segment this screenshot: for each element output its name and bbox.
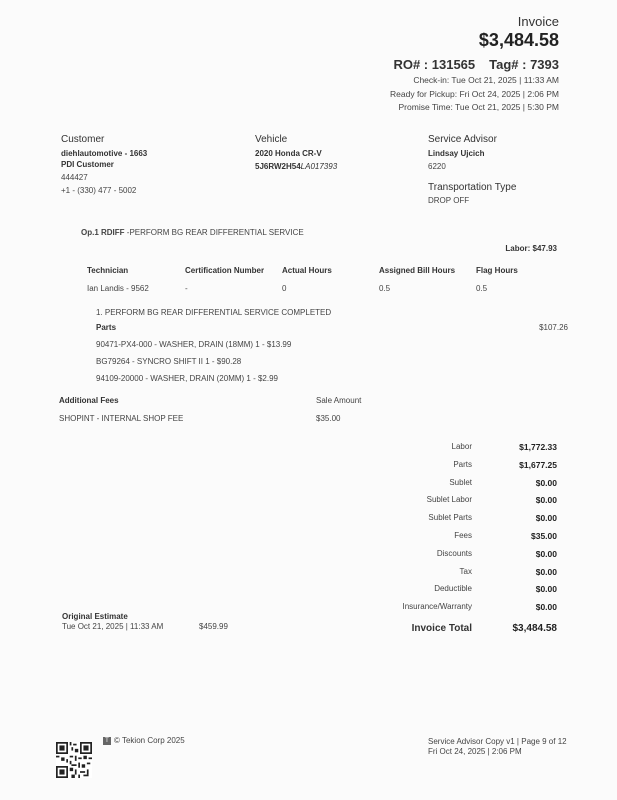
total-value: $0.00: [477, 513, 557, 523]
cell-flag-hours: 0.5: [476, 284, 487, 293]
vehicle-title: Vehicle: [255, 134, 287, 145]
total-value: $35.00: [477, 531, 557, 541]
col-certification: Certification Number: [185, 266, 264, 275]
promise-time: Promise Time: Tue Oct 21, 2025 | 5:30 PM: [399, 102, 559, 112]
col-actual-hours: Actual Hours: [282, 266, 332, 275]
total-label: Sublet Labor: [352, 495, 472, 504]
fees-amount-header: Sale Amount: [316, 396, 361, 405]
part-item: BG79264 - SYNCRO SHIFT II 1 - $90.28: [96, 357, 241, 366]
total-label: Labor: [352, 442, 472, 451]
invoice-amount: $3,484.58: [479, 30, 559, 51]
ready-for-pickup: Ready for Pickup: Fri Oct 24, 2025 | 2:0…: [390, 89, 559, 99]
advisor-title: Service Advisor: [428, 134, 497, 145]
col-technician: Technician: [87, 266, 128, 275]
part-item: 94109-20000 - WASHER, DRAIN (20MM) 1 - $…: [96, 374, 278, 383]
total-value: $1,677.25: [477, 460, 557, 470]
part-item: 90471-PX4-000 - WASHER, DRAIN (18MM) 1 -…: [96, 340, 291, 349]
ro-number: RO# : 131565: [393, 57, 475, 72]
original-estimate-title: Original Estimate: [62, 612, 128, 621]
total-label: Tax: [352, 567, 472, 576]
parts-total: $107.26: [539, 323, 568, 332]
vehicle-vin: 5J6RW2H54LA017393: [255, 162, 337, 171]
transportation-value: DROP OFF: [428, 196, 469, 205]
vin-prefix: 5J6RW2H54: [255, 162, 301, 171]
total-value: $0.00: [477, 549, 557, 559]
fee-amount: $35.00: [316, 414, 340, 423]
fees-title: Additional Fees: [59, 396, 119, 405]
total-value: $1,772.33: [477, 442, 557, 452]
total-label: Parts: [352, 460, 472, 469]
operation-story: 1. PERFORM BG REAR DIFFERENTIAL SERVICE …: [96, 308, 331, 317]
total-value: $0.00: [477, 584, 557, 594]
total-value: $0.00: [477, 602, 557, 612]
total-value: $0.00: [477, 495, 557, 505]
cell-technician: Ian Landis - 9562: [87, 284, 149, 293]
check-in: Check-in: Tue Oct 21, 2025 | 11:33 AM: [413, 75, 559, 85]
invoice-label: Invoice: [518, 14, 559, 29]
advisor-id: 6220: [428, 162, 446, 171]
total-label: Insurance/Warranty: [352, 602, 472, 611]
transportation-title: Transportation Type: [428, 182, 516, 193]
col-assigned-bill-hours: Assigned Bill Hours: [379, 266, 455, 275]
qr-code-icon: [56, 742, 92, 778]
customer-name: diehlautomotive - 1663: [61, 149, 147, 158]
footer-copy-info: Service Advisor Copy v1 | Page 9 of 12: [428, 737, 567, 746]
vehicle-model: 2020 Honda CR-V: [255, 149, 322, 158]
invoice-total-value: $3,484.58: [477, 623, 557, 634]
ro-tag-line: RO# : 131565Tag# : 7393: [393, 57, 559, 72]
cell-assigned-bill-hours: 0.5: [379, 284, 390, 293]
original-estimate-amount: $459.99: [199, 622, 228, 631]
copyright-text: © Tekion Corp 2025: [114, 736, 185, 745]
total-label: Discounts: [352, 549, 472, 558]
customer-phone: +1 - (330) 477 - 5002: [61, 186, 136, 195]
total-label: Sublet Parts: [352, 513, 472, 522]
operation-labor: Labor: $47.93: [505, 244, 557, 253]
footer-printed: Fri Oct 24, 2025 | 2:06 PM: [428, 747, 522, 756]
invoice-total-label: Invoice Total: [352, 623, 472, 634]
total-label: Sublet: [352, 478, 472, 487]
operation-code: Op.1 RDIFF: [81, 228, 125, 237]
total-label: Fees: [352, 531, 472, 540]
total-value: $0.00: [477, 478, 557, 488]
vin-suffix: LA017393: [301, 162, 337, 171]
total-value: $0.00: [477, 567, 557, 577]
cell-certification: -: [185, 284, 188, 293]
operation-title: Op.1 RDIFF -PERFORM BG REAR DIFFERENTIAL…: [81, 228, 304, 237]
customer-type: PDI Customer: [61, 160, 114, 169]
advisor-name: Lindsay Ujcich: [428, 149, 484, 158]
tag-number: Tag# : 7393: [489, 57, 559, 72]
operation-description: -PERFORM BG REAR DIFFERENTIAL SERVICE: [127, 228, 304, 237]
parts-title: Parts: [96, 323, 116, 332]
footer-copyright: T© Tekion Corp 2025: [103, 736, 185, 745]
customer-title: Customer: [61, 134, 104, 145]
customer-id: 444427: [61, 173, 88, 182]
fee-name: SHOPINT - INTERNAL SHOP FEE: [59, 414, 183, 423]
original-estimate-date: Tue Oct 21, 2025 | 11:33 AM: [62, 622, 163, 631]
col-flag-hours: Flag Hours: [476, 266, 518, 275]
cell-actual-hours: 0: [282, 284, 286, 293]
total-label: Deductible: [352, 584, 472, 593]
tekion-logo-icon: T: [103, 737, 111, 745]
